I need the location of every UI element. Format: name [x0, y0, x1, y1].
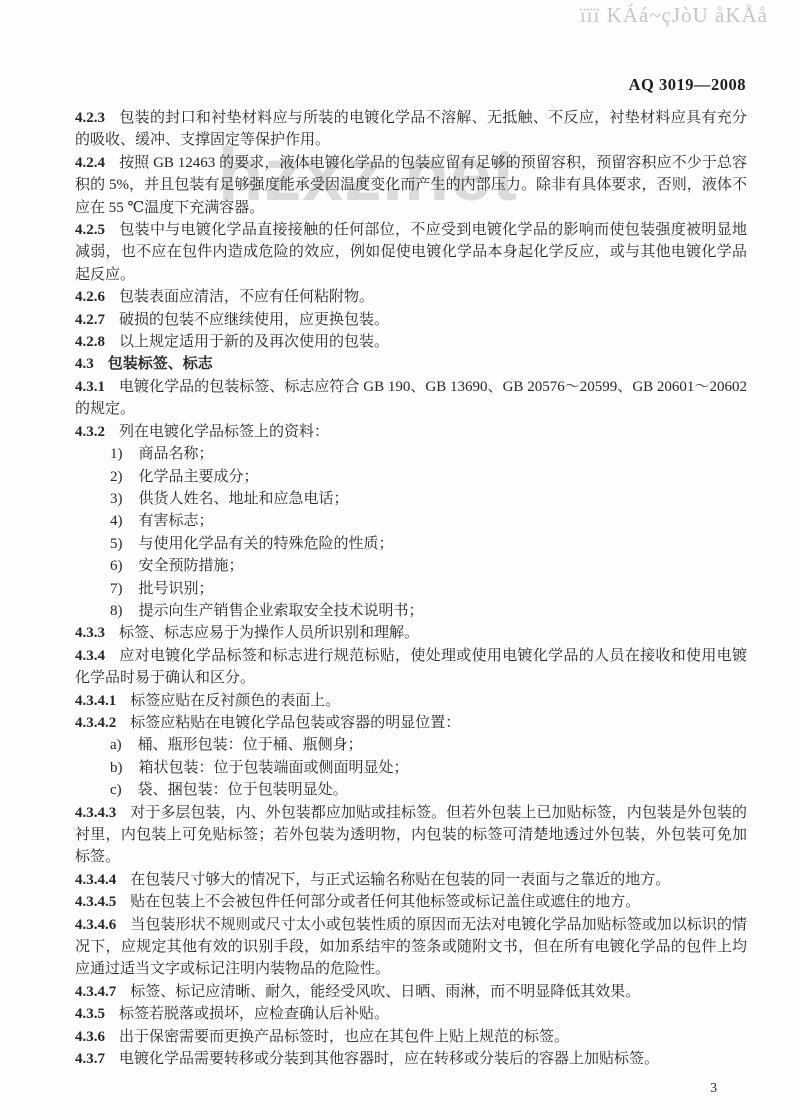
clause-paragraph: 4.3.4.1标签应贴在反衬颜色的表面上。	[75, 690, 747, 712]
clause-paragraph: 4)有害标志；	[75, 510, 747, 532]
clause-text: 商品名称；	[139, 446, 214, 462]
clause-text: 安全预防措施；	[139, 558, 244, 574]
clause-number: 2)	[110, 469, 123, 485]
clause-text: 批号识别；	[139, 581, 214, 597]
clause-paragraph: 4.2.3包装的封口和衬垫材料应与所装的电镀化学品不溶解、无抵触、不反应，衬垫材…	[75, 107, 747, 152]
clause-number: 7)	[110, 581, 123, 597]
clause-paragraph: 2)化学品主要成分；	[75, 466, 747, 488]
clause-text: 当包装形状不规则或尺寸太小或包装性质的原因而无法对电镀化学品加贴标签或加以标识的…	[75, 917, 747, 978]
clause-text: 电镀化学品需要转移或分装到其他容器时，应在转移或分装后的容器上加贴标签。	[119, 1051, 659, 1067]
clause-paragraph: 4.2.5包装中与电镀化学品直接接触的任何部位，不应受到电镀化学品的影响而使包装…	[75, 219, 747, 286]
clause-number: 4.2.5	[75, 222, 105, 238]
clause-text: 包装表面应清洁，不应有任何粘附物。	[119, 289, 374, 305]
clause-number: 4.2.7	[75, 312, 105, 328]
clause-text: 贴在包装上不会被包件任何部分或者任何其他标签或标记盖住或遮住的地方。	[130, 894, 640, 910]
clause-number: 4.3.4.1	[75, 693, 116, 709]
clause-text: 对于多层包装，内、外包装都应加贴或挂标签。但若外包装上已加贴标签，内包装是外包装…	[75, 805, 747, 866]
clause-paragraph: 3)供货人姓名、地址和应急电话；	[75, 488, 747, 510]
clause-number: 4.3.3	[75, 625, 105, 641]
clause-number: 4.3.4.4	[75, 872, 116, 888]
clause-number: 4.2.6	[75, 289, 105, 305]
clause-number: 4.3.2	[75, 424, 105, 440]
clause-paragraph: 4.3.4.3对于多层包装，内、外包装都应加贴或挂标签。但若外包装上已加贴标签，…	[75, 802, 747, 869]
clause-text: 在包装尺寸够大的情况下，与正式运输名称贴在包装的同一表面与之靠近的地方。	[130, 872, 670, 888]
clause-number: 4)	[110, 513, 123, 529]
clause-number: 4.3.4.2	[75, 715, 116, 731]
clause-text: 包装中与电镀化学品直接接触的任何部位，不应受到电镀化学品的影响而使包装强度被明显…	[75, 222, 747, 283]
clause-paragraph: 4.3.2列在电镀化学品标签上的资料：	[75, 421, 747, 443]
clause-number: 6)	[110, 558, 123, 574]
clause-text: 有害标志；	[139, 513, 214, 529]
clause-paragraph: 4.3.3标签、标志应易于为操作人员所识别和理解。	[75, 622, 747, 644]
clause-paragraph: 4.3.4应对电镀化学品标签和标志进行规范标贴，使处理或使用电镀化学品的人员在接…	[75, 645, 747, 690]
clause-text: 出于保密需要而更换产品标签时，也应在其包件上贴上规范的标签。	[119, 1029, 569, 1045]
clause-text: 列在电镀化学品标签上的资料：	[119, 424, 329, 440]
clause-number: 4.2.8	[75, 334, 105, 350]
clause-paragraph: 4.3.4.5贴在包装上不会被包件任何部分或者任何其他标签或标记盖住或遮住的地方…	[75, 891, 747, 913]
clause-text: 箱状包装：位于包装端面或侧面明显处；	[139, 760, 409, 776]
clause-text: 以上规定适用于新的及再次使用的包装。	[119, 334, 389, 350]
clause-text: 标签、标志应易于为操作人员所识别和理解。	[119, 625, 419, 641]
clause-paragraph: 4.3.4.7标签、标记应清晰、耐久，能经受风吹、日晒、雨淋，而不明显降低其效果…	[75, 981, 747, 1003]
clause-paragraph: 4.2.6包装表面应清洁，不应有任何粘附物。	[75, 286, 747, 308]
clause-text: 提示向生产销售企业索取安全技术说明书；	[139, 603, 424, 619]
clause-text: 标签应粘贴在电镀化学品包装或容器的明显位置：	[130, 715, 460, 731]
clause-text: 应对电镀化学品标签和标志进行规范标贴，使处理或使用电镀化学品的人员在接收和使用电…	[75, 648, 747, 686]
clause-paragraph: 4.2.7破损的包装不应继续使用，应更换包装。	[75, 309, 747, 331]
clause-number: b)	[110, 760, 123, 776]
clause-text: 包装标签、标志	[108, 356, 213, 372]
clause-number: 4.3.1	[75, 379, 105, 395]
clause-number: 4.3.4.6	[75, 917, 116, 933]
clause-paragraph: 4.3.5标签若脱落或损坏，应检查确认后补贴。	[75, 1003, 747, 1025]
page-number: 3	[710, 1080, 717, 1096]
clause-number: 4.3.4	[75, 648, 105, 664]
clause-number: 8)	[110, 603, 123, 619]
clause-number: 1)	[110, 446, 123, 462]
clause-number: 4.3.4.5	[75, 894, 116, 910]
clause-text: 与使用化学品有关的特殊危险的性质；	[139, 536, 394, 552]
clause-paragraph: c)袋、捆包装：位于包装明显处。	[75, 779, 747, 801]
clause-text: 包装的封口和衬垫材料应与所装的电镀化学品不溶解、无抵触、不反应，衬垫材料应具有充…	[75, 110, 747, 148]
clause-number: 4.3.4.3	[75, 805, 116, 821]
clause-number: 5)	[110, 536, 123, 552]
clause-number: 4.3	[75, 356, 94, 372]
clause-number: 4.2.4	[75, 155, 105, 171]
clause-paragraph: 4.3.7电镀化学品需要转移或分装到其他容器时，应在转移或分装后的容器上加贴标签…	[75, 1048, 747, 1070]
clause-paragraph: 4.3.4.4在包装尺寸够大的情况下，与正式运输名称贴在包装的同一表面与之靠近的…	[75, 869, 747, 891]
clause-paragraph: 4.2.4按照 GB 12463 的要求，液体电镀化学品的包装应留有足够的预留容…	[75, 152, 747, 219]
clause-paragraph: 7)批号识别；	[75, 578, 747, 600]
clause-paragraph: 4.3包装标签、标志	[75, 353, 747, 375]
clause-number: c)	[110, 782, 122, 798]
clause-number: 4.2.3	[75, 110, 105, 126]
clause-number: a)	[110, 737, 122, 753]
clause-paragraph: 1)商品名称；	[75, 443, 747, 465]
clause-text: 电镀化学品的包装标签、标志应符合 GB 190、GB 13690、GB 2057…	[75, 379, 747, 417]
scan-artifact-text: ïïï KÁá~çJòU åKÅå	[580, 3, 768, 28]
clause-text: 破损的包装不应继续使用，应更换包装。	[119, 312, 389, 328]
clause-paragraph: 6)安全预防措施；	[75, 555, 747, 577]
clause-text: 按照 GB 12463 的要求，液体电镀化学品的包装应留有足够的预留容积，预留容…	[75, 155, 747, 216]
clause-number: 4.3.6	[75, 1029, 105, 1045]
document-page: ïïï KÁá~çJòU åKÅå AQ 3019—2008 hzxz.net …	[0, 0, 800, 1120]
clause-paragraph: 5)与使用化学品有关的特殊危险的性质；	[75, 533, 747, 555]
clause-number: 4.3.7	[75, 1051, 105, 1067]
clause-text: 标签若脱落或损坏，应检查确认后补贴。	[119, 1006, 389, 1022]
clause-paragraph: a)桶、瓶形包装：位于桶、瓶侧身；	[75, 734, 747, 756]
clause-paragraph: 4.3.4.6当包装形状不规则或尺寸太小或包装性质的原因而无法对电镀化学品加贴标…	[75, 914, 747, 981]
clause-text: 标签、标记应清晰、耐久，能经受风吹、日晒、雨淋，而不明显降低其效果。	[130, 984, 640, 1000]
clause-paragraph: 4.3.6出于保密需要而更换产品标签时，也应在其包件上贴上规范的标签。	[75, 1026, 747, 1048]
clause-paragraph: 4.3.4.2标签应粘贴在电镀化学品包装或容器的明显位置：	[75, 712, 747, 734]
clause-text: 供货人姓名、地址和应急电话；	[139, 491, 349, 507]
clause-text: 桶、瓶形包装：位于桶、瓶侧身；	[138, 737, 363, 753]
clause-paragraph: 8)提示向生产销售企业索取安全技术说明书；	[75, 600, 747, 622]
standard-number: AQ 3019—2008	[629, 75, 746, 95]
clause-text: 标签应贴在反衬颜色的表面上。	[130, 693, 340, 709]
clause-number: 4.3.4.7	[75, 984, 116, 1000]
clause-paragraph: b)箱状包装：位于包装端面或侧面明显处；	[75, 757, 747, 779]
clause-paragraph: 4.2.8以上规定适用于新的及再次使用的包装。	[75, 331, 747, 353]
clause-text: 袋、捆包装：位于包装明显处。	[138, 782, 348, 798]
clause-paragraph: 4.3.1电镀化学品的包装标签、标志应符合 GB 190、GB 13690、GB…	[75, 376, 747, 421]
document-body: 4.2.3包装的封口和衬垫材料应与所装的电镀化学品不溶解、无抵触、不反应，衬垫材…	[75, 107, 747, 1070]
clause-text: 化学品主要成分；	[139, 469, 259, 485]
clause-number: 4.3.5	[75, 1006, 105, 1022]
clause-number: 3)	[110, 491, 123, 507]
